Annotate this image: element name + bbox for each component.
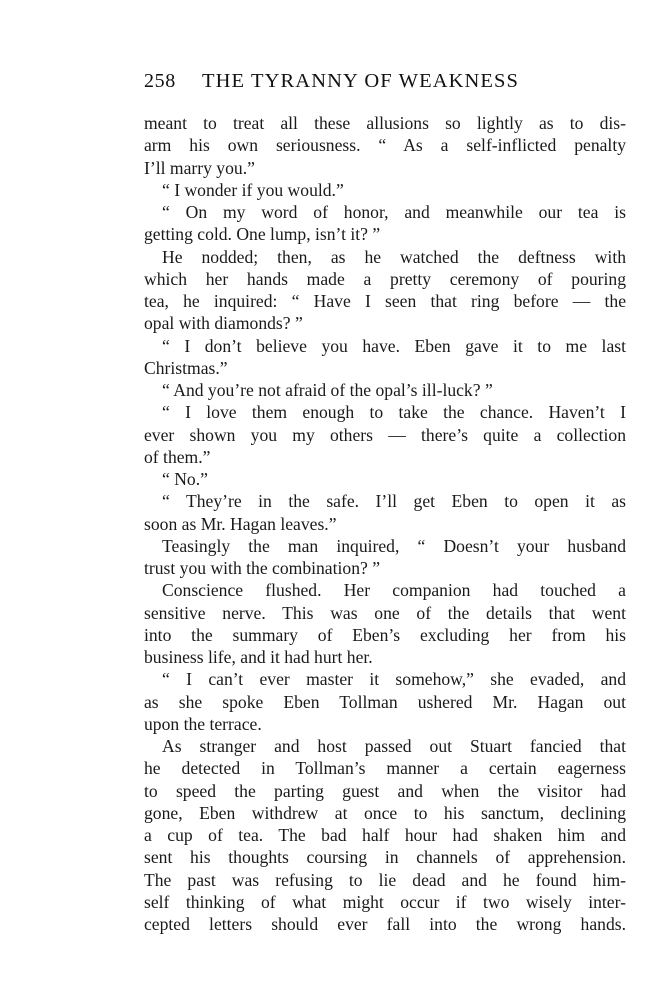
text-line: tea, he inquired: “ Have I seen that rin…	[144, 290, 626, 312]
text-line: The past was refusing to lie dead and he…	[144, 869, 626, 891]
text-line: “ And you’re not afraid of the opal’s il…	[144, 379, 626, 401]
text-line: meant to treat all these allusions so li…	[144, 112, 626, 134]
text-line: He nodded; then, as he watched the deftn…	[144, 246, 626, 268]
text-line: opal with diamonds? ”	[144, 312, 626, 334]
text-line: sent his thoughts coursing in channels o…	[144, 846, 626, 868]
page-number: 258	[144, 70, 202, 93]
text-line: which her hands made a pretty ceremony o…	[144, 268, 626, 290]
text-line: as she spoke Eben Tollman ushered Mr. Ha…	[144, 691, 626, 713]
text-line: “ On my word of honor, and meanwhile our…	[144, 201, 626, 223]
text-line: business life, and it had hurt her.	[144, 646, 626, 668]
text-line: self thinking of what might occur if two…	[144, 891, 626, 913]
text-line: a cup of tea. The bad half hour had shak…	[144, 824, 626, 846]
text-line: of them.”	[144, 446, 626, 468]
text-line: Conscience flushed. Her companion had to…	[144, 579, 626, 601]
text-line: “ I can’t ever master it somehow,” she e…	[144, 668, 626, 690]
text-line: to speed the parting guest and when the …	[144, 780, 626, 802]
text-line: cepted letters should ever fall into the…	[144, 913, 626, 935]
text-line: “ I love them enough to take the chance.…	[144, 401, 626, 423]
text-line: “ No.”	[144, 468, 626, 490]
text-line: “ They’re in the safe. I’ll get Eben to …	[144, 490, 626, 512]
running-head: 258 THE TYRANNY OF WEAKNESS	[144, 70, 626, 98]
text-line: As stranger and host passed out Stuart f…	[144, 735, 626, 757]
running-title: THE TYRANNY OF WEAKNESS	[202, 70, 519, 93]
text-line: “ I don’t believe you have. Eben gave it…	[144, 335, 626, 357]
book-page: 258 THE TYRANNY OF WEAKNESS meant to tre…	[144, 70, 626, 935]
text-line: trust you with the combination? ”	[144, 557, 626, 579]
text-line: getting cold. One lump, isn’t it? ”	[144, 223, 626, 245]
text-line: Teasingly the man inquired, “ Doesn’t yo…	[144, 535, 626, 557]
text-line: upon the terrace.	[144, 713, 626, 735]
text-line: he detected in Tollman’s manner a certai…	[144, 757, 626, 779]
text-line: “ I wonder if you would.”	[144, 179, 626, 201]
text-line: gone, Eben withdrew at once to his sanct…	[144, 802, 626, 824]
body-text: meant to treat all these allusions so li…	[144, 112, 626, 935]
text-line: ever shown you my others — there’s quite…	[144, 424, 626, 446]
text-line: Christmas.”	[144, 357, 626, 379]
text-line: sensitive nerve. This was one of the det…	[144, 602, 626, 624]
text-line: I’ll marry you.”	[144, 157, 626, 179]
text-line: soon as Mr. Hagan leaves.”	[144, 513, 626, 535]
text-line: arm his own seriousness. “ As a self-inf…	[144, 134, 626, 156]
text-line: into the summary of Eben’s excluding her…	[144, 624, 626, 646]
